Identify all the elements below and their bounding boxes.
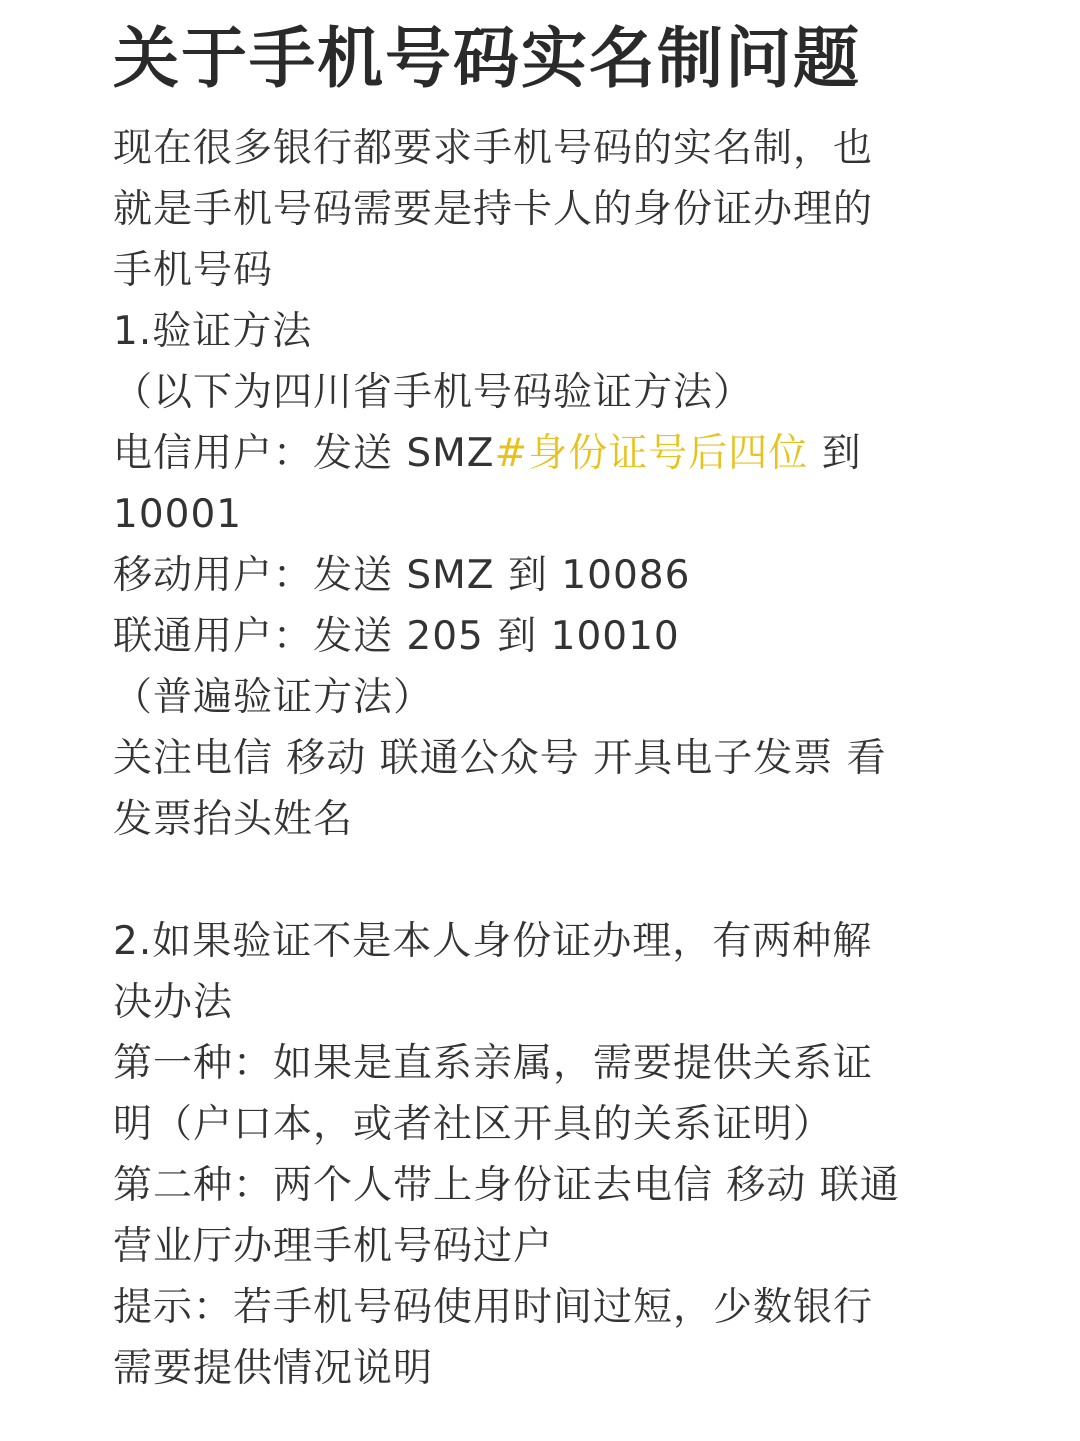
telecom-instruction-prefix: 电信用户：发送 SMZ bbox=[113, 431, 495, 476]
body-line: 需要提供情况说明 bbox=[113, 1338, 973, 1399]
telecom-instruction-suffix: 到 bbox=[808, 431, 861, 476]
tip-line: 提示：若手机号码使用时间过短，少数银行 bbox=[113, 1277, 973, 1338]
body-line: 就是手机号码需要是持卡人的身份证办理的 bbox=[113, 179, 973, 240]
mobile-instruction-line: 移动用户：发送 SMZ 到 10086 bbox=[113, 545, 973, 606]
body-line: 营业厅办理手机号码过户 bbox=[113, 1216, 973, 1277]
body-line: 手机号码 bbox=[113, 240, 973, 301]
document-body: 现在很多银行都要求手机号码的实名制，也 就是手机号码需要是持卡人的身份证办理的 … bbox=[113, 118, 973, 1399]
section-heading-verification: 1.验证方法 bbox=[113, 301, 973, 362]
document: 关于手机号码实名制问题 现在很多银行都要求手机号码的实名制，也 就是手机号码需要… bbox=[113, 0, 973, 1399]
body-line-note: （以下为四川省手机号码验证方法） bbox=[113, 362, 973, 423]
telecom-instruction-line: 电信用户：发送 SMZ#身份证号后四位 到 bbox=[113, 423, 973, 484]
body-line: 明（户口本，或者社区开具的关系证明） bbox=[113, 1094, 973, 1155]
body-line: 10001 bbox=[113, 484, 973, 545]
blank-line bbox=[113, 850, 973, 911]
body-line-note: （普遍验证方法） bbox=[113, 667, 973, 728]
body-line: 现在很多银行都要求手机号码的实名制，也 bbox=[113, 118, 973, 179]
section-heading-solutions: 2.如果验证不是本人身份证办理，有两种解 bbox=[113, 911, 973, 972]
highlighted-id-last-four: #身份证号后四位 bbox=[495, 431, 809, 476]
solution-one-line: 第一种：如果是直系亲属，需要提供关系证 bbox=[113, 1033, 973, 1094]
document-title: 关于手机号码实名制问题 bbox=[113, 26, 973, 110]
solution-two-line: 第二种：两个人带上身份证去电信 移动 联通 bbox=[113, 1155, 973, 1216]
body-line: 发票抬头姓名 bbox=[113, 789, 973, 850]
body-line: 关注电信 移动 联通公众号 开具电子发票 看 bbox=[113, 728, 973, 789]
body-line: 决办法 bbox=[113, 972, 973, 1033]
unicom-instruction-line: 联通用户：发送 205 到 10010 bbox=[113, 606, 973, 667]
